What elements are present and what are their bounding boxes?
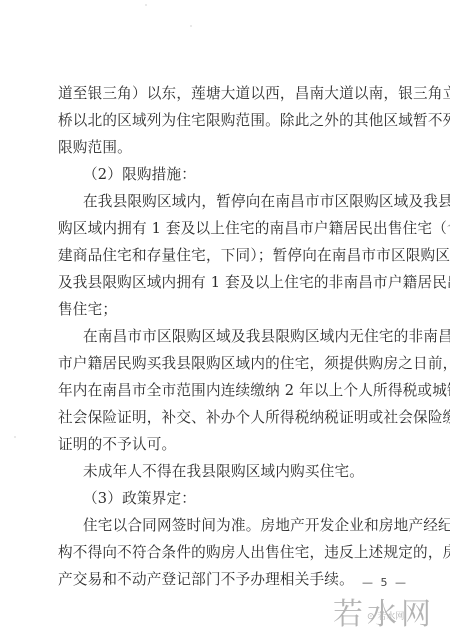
text-line: 未成年人不得在我县限购区域内购买住宅。 bbox=[83, 463, 364, 481]
scan-speck bbox=[190, 25, 192, 27]
text-line: 桥以北的区域列为住宅限购范围。除此之外的其他区域暂不列入 bbox=[58, 112, 450, 130]
page-number: — 5 — bbox=[362, 576, 408, 589]
scan-speck bbox=[145, 4, 147, 6]
section-heading: （2）限购措施： bbox=[83, 166, 196, 184]
document-page: 道至银三角）以东，莲塘大道以西，昌南大道以南，银三角立交 桥以北的区域列为住宅限… bbox=[0, 0, 450, 637]
text-line: 及我县限购区域内拥有 1 套及以上住宅的非南昌市户籍居民出 bbox=[58, 274, 450, 292]
text-line: 产交易和不动产登记部门不予办理相关手续。 bbox=[58, 571, 354, 589]
text-line: 证明的不予认可。 bbox=[58, 436, 176, 454]
text-line: 在南昌市市区限购区域及我县限购区域内无住宅的非南昌 bbox=[83, 328, 450, 346]
text-line: 市户籍居民购买我县限购区域内的住宅，须提供购房之日前，3 bbox=[58, 355, 450, 373]
text-line: 道至银三角）以东，莲塘大道以西，昌南大道以南，银三角立交 bbox=[58, 85, 450, 103]
text-line: 社会保险证明，补交、补办个人所得税纳税证明或社会保险缴纳 bbox=[58, 409, 450, 427]
text-line: 年内在南昌市全市范围内连续缴纳 2 年以上个人所得税或城镇 bbox=[58, 382, 450, 400]
text-line: 购区域内拥有 1 套及以上住宅的南昌市户籍居民出售住宅（含新 bbox=[58, 220, 450, 238]
text-line: 限购范围。 bbox=[58, 139, 132, 157]
watermark-subtext: ⊙ 若水网 bbox=[367, 609, 404, 622]
text-line: 在我县限购区域内，暂停向在南昌市市区限购区域及我县限 bbox=[83, 193, 450, 211]
section-heading: （3）政策界定： bbox=[83, 490, 196, 508]
text-line: 售住宅； bbox=[58, 301, 117, 319]
text-line: 建商品住宅和存量住宅，下同）；暂停向在南昌市市区限购区域 bbox=[58, 247, 450, 265]
text-line: 构不得向不符合条件的购房人出售住宅，违反上述规定的，房地 bbox=[58, 544, 450, 562]
watermark: 若水网 ⊙ 若水网 bbox=[333, 598, 448, 634]
text-line: 住宅以合同网签时间为准。房地产开发企业和房地产经纪机 bbox=[83, 517, 450, 535]
scan-speck bbox=[14, 436, 16, 438]
